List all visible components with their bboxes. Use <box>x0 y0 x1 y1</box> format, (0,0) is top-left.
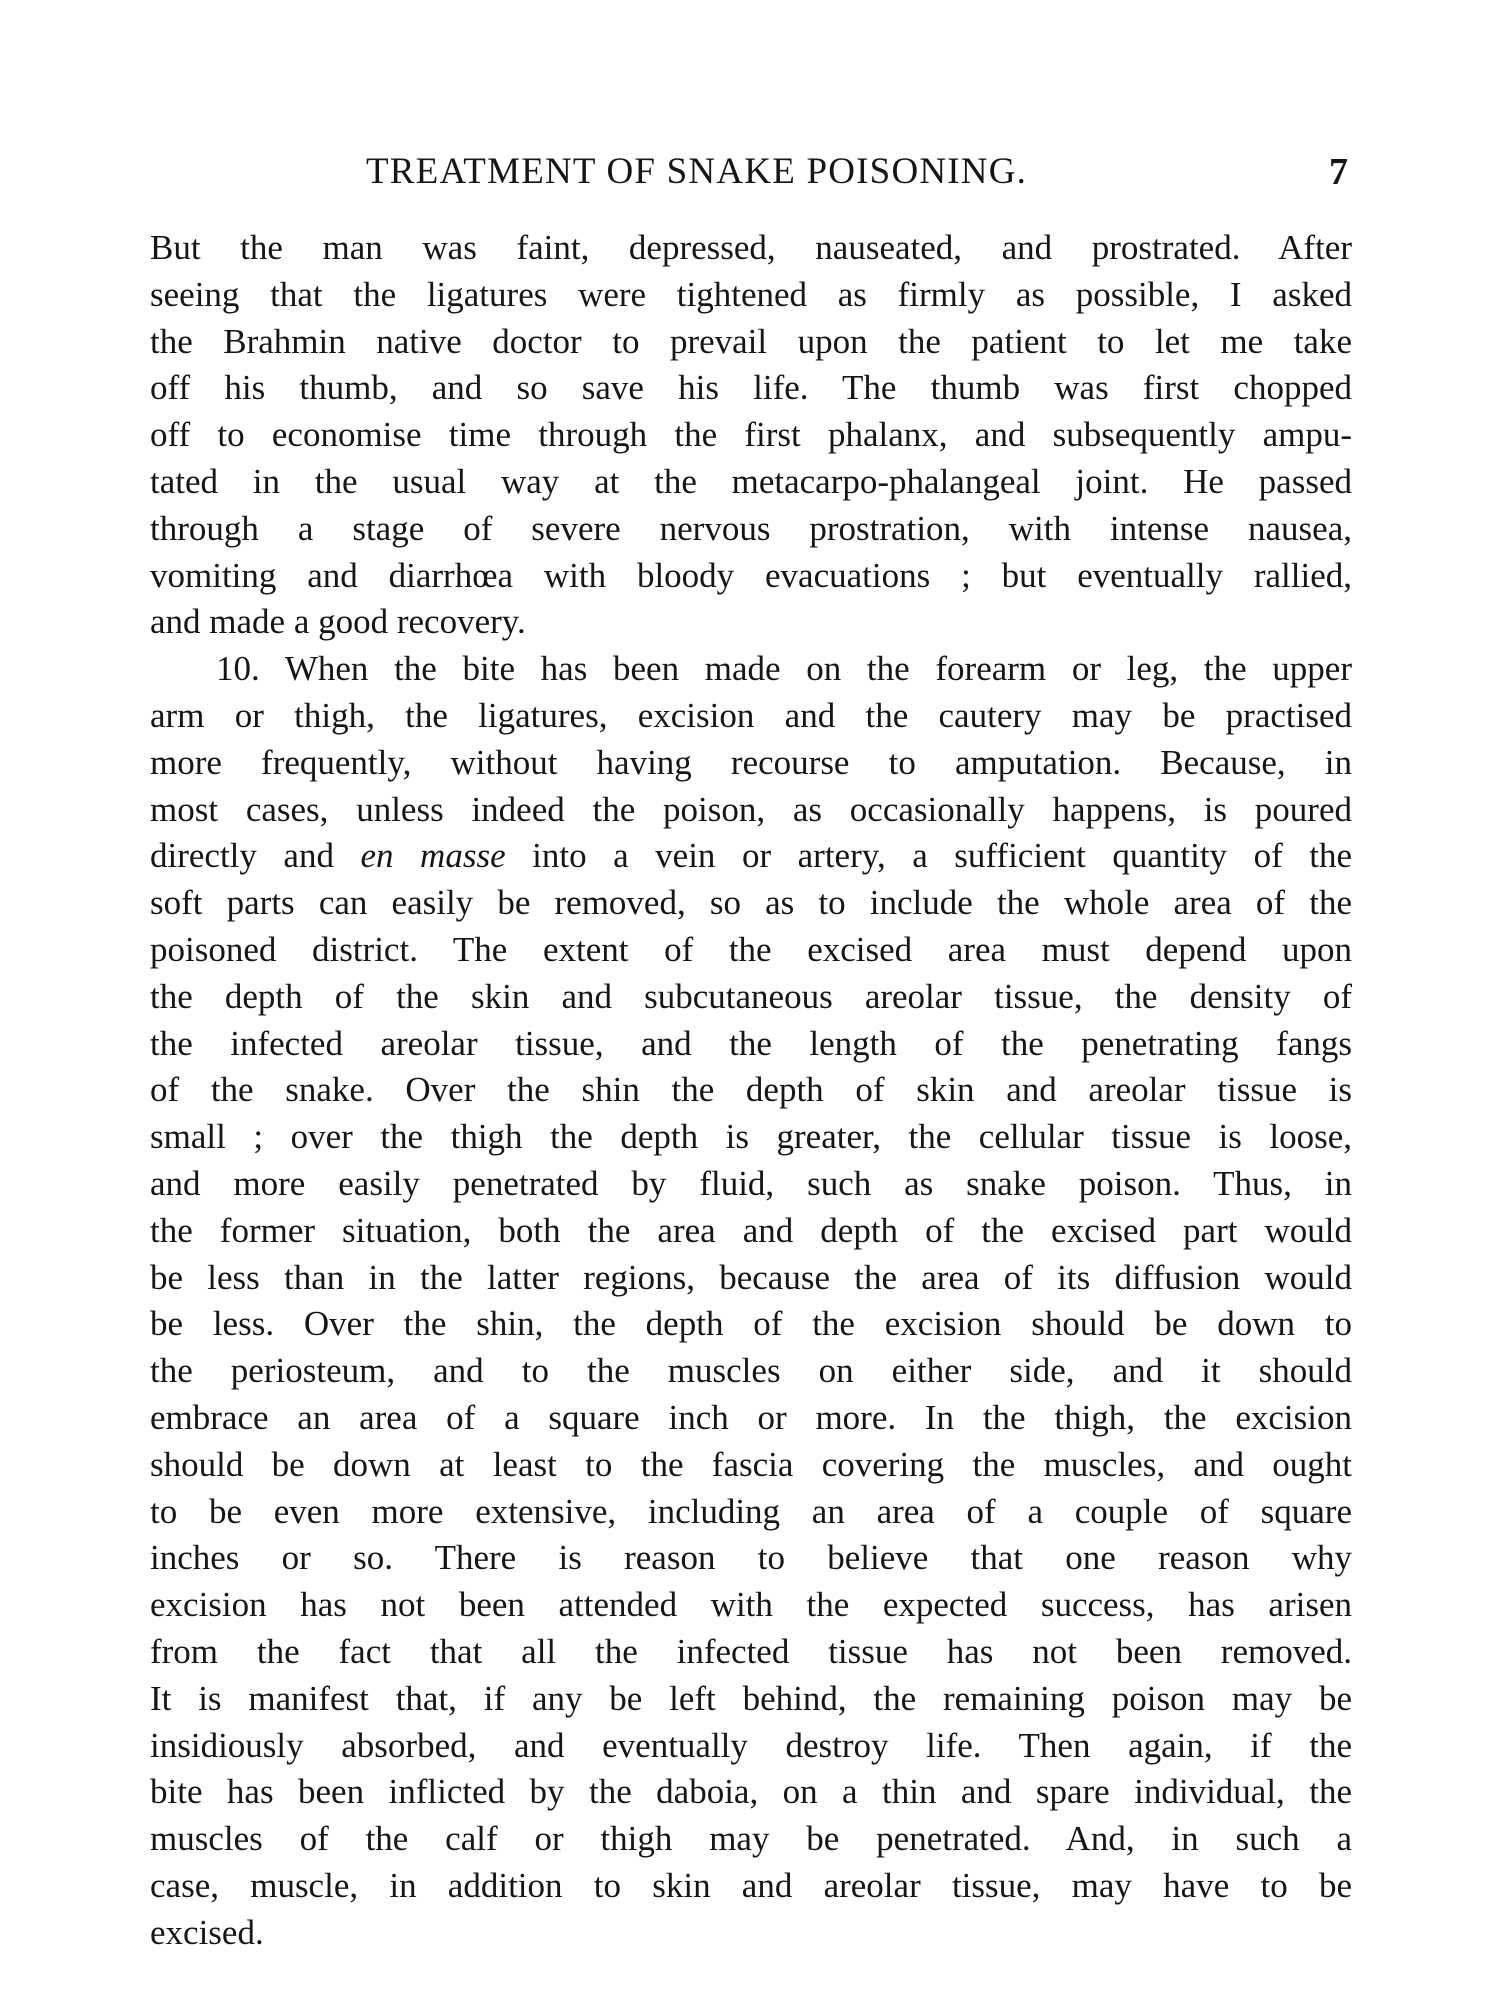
text-line: It is manifest that, if any be left behi… <box>150 1676 1352 1723</box>
page-number: 7 <box>1329 150 1348 194</box>
text-line: off to economise time through the first … <box>150 412 1352 459</box>
text-line: be less than in the latter regions, beca… <box>150 1255 1352 1302</box>
running-head: TREATMENT OF SNAKE POISONING. 7 <box>150 150 1352 194</box>
line-text: When the bite has been made on the forea… <box>285 649 1352 688</box>
text-line: should be down at least to the fascia co… <box>150 1442 1352 1489</box>
text-line: of the snake. Over the shin the depth of… <box>150 1067 1352 1114</box>
text-line: bite has been inflicted by the daboia, o… <box>150 1769 1352 1816</box>
text-line: more frequently, without having recourse… <box>150 740 1352 787</box>
text-line: the periosteum, and to the muscles on ei… <box>150 1348 1352 1395</box>
line-text: directly and <box>150 836 334 875</box>
text-line: off his thumb, and so save his life. The… <box>150 365 1352 412</box>
text-line: the Brahmin native doctor to prevail upo… <box>150 319 1352 366</box>
text-line: from the fact that all the infected tiss… <box>150 1629 1352 1676</box>
text-line: muscles of the calf or thigh may be pene… <box>150 1816 1352 1863</box>
text-line: small ; over the thigh the depth is grea… <box>150 1114 1352 1161</box>
text-line-with-italic: directly and en masse into a vein or art… <box>150 833 1352 880</box>
text-line: most cases, unless indeed the poison, as… <box>150 787 1352 834</box>
text-line: to be even more extensive, including an … <box>150 1489 1352 1536</box>
text-line: embrace an area of a square inch or more… <box>150 1395 1352 1442</box>
text-line: the depth of the skin and subcutaneous a… <box>150 974 1352 1021</box>
line-text: into a vein or artery, a sufficient quan… <box>532 836 1352 875</box>
book-page: TREATMENT OF SNAKE POISONING. 7 But the … <box>0 0 1500 2000</box>
text-line: seeing that the ligatures were tightened… <box>150 272 1352 319</box>
text-line: poisoned district. The extent of the exc… <box>150 927 1352 974</box>
text-line: case, muscle, in addition to skin and ar… <box>150 1863 1352 1910</box>
text-line: through a stage of severe nervous prostr… <box>150 506 1352 553</box>
text-line: and made a good recovery. <box>150 599 1352 646</box>
section-number: 10. <box>216 649 260 688</box>
text-line: insidiously absorbed, and eventually des… <box>150 1723 1352 1770</box>
body-text: But the man was faint, depressed, nausea… <box>150 225 1352 1956</box>
text-line: soft parts can easily be removed, so as … <box>150 880 1352 927</box>
text-line: inches or so. There is reason to believe… <box>150 1535 1352 1582</box>
text-line: excised. <box>150 1910 1352 1957</box>
text-line: be less. Over the shin, the depth of the… <box>150 1301 1352 1348</box>
text-line: arm or thigh, the ligatures, excision an… <box>150 693 1352 740</box>
text-line: the former situation, both the area and … <box>150 1208 1352 1255</box>
text-line: excision has not been attended with the … <box>150 1582 1352 1629</box>
running-title: TREATMENT OF SNAKE POISONING. <box>366 150 1136 194</box>
paragraph-section-10: 10. When the bite has been made on the f… <box>150 646 1352 1956</box>
text-line: vomiting and diarrhœa with bloody evacua… <box>150 553 1352 600</box>
text-line: the infected areolar tissue, and the len… <box>150 1021 1352 1068</box>
text-line: But the man was faint, depressed, nausea… <box>150 225 1352 272</box>
paragraph-continuation: But the man was faint, depressed, nausea… <box>150 225 1352 646</box>
text-line-first: 10. When the bite has been made on the f… <box>150 646 1352 693</box>
text-line: tated in the usual way at the metacarpo-… <box>150 459 1352 506</box>
italic-phrase: en masse <box>361 836 506 875</box>
text-line: and more easily penetrated by fluid, suc… <box>150 1161 1352 1208</box>
